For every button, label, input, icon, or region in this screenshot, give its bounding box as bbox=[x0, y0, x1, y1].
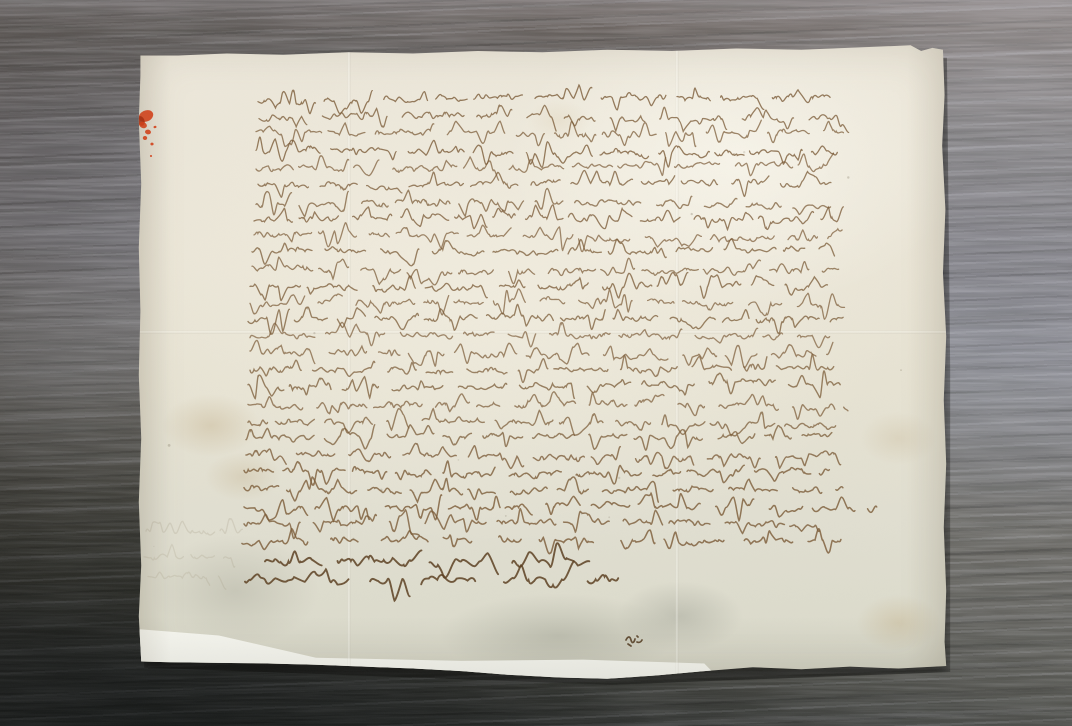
handwriting-line bbox=[250, 273, 827, 301]
handwriting-line bbox=[244, 493, 877, 521]
handwriting-line bbox=[248, 392, 848, 419]
manuscript-paper bbox=[138, 44, 947, 680]
foxing-speck bbox=[458, 459, 460, 461]
handwriting-line bbox=[244, 461, 829, 485]
foxing-speck bbox=[353, 538, 355, 540]
bottom-ink-mark bbox=[626, 636, 642, 646]
red-ink-stain bbox=[150, 155, 152, 157]
red-ink-stain bbox=[153, 125, 156, 128]
foxing-speck bbox=[743, 151, 745, 153]
handwriting-line bbox=[254, 223, 842, 252]
foxing-speck bbox=[618, 477, 620, 479]
handwriting-line bbox=[242, 529, 841, 554]
handwriting-line bbox=[256, 137, 837, 167]
foxing-speck bbox=[900, 369, 901, 370]
handwriting-line bbox=[254, 205, 843, 230]
handwriting-line bbox=[258, 85, 830, 114]
handwriting-line bbox=[258, 171, 831, 198]
handwriting-line bbox=[144, 545, 235, 568]
foxing-speck bbox=[691, 213, 693, 215]
handwriting-line bbox=[250, 322, 830, 347]
handwritten-text bbox=[138, 44, 947, 680]
foxing-speck bbox=[313, 332, 315, 334]
handwriting-line bbox=[256, 188, 831, 216]
foxing-speck bbox=[608, 516, 610, 518]
handwriting-line bbox=[252, 257, 839, 285]
red-ink-stain bbox=[143, 136, 147, 140]
red-ink-stain bbox=[150, 142, 153, 145]
foxing-speck bbox=[168, 444, 171, 447]
red-ink-stain bbox=[145, 129, 152, 135]
handwriting-line bbox=[246, 443, 841, 468]
handwriting-line bbox=[256, 120, 843, 146]
handwriting-line bbox=[148, 572, 226, 589]
foxing-speck bbox=[847, 176, 849, 178]
foxing-speck bbox=[581, 513, 583, 515]
handwriting-line bbox=[250, 354, 834, 382]
photograph bbox=[0, 0, 1072, 726]
foxing-speck bbox=[381, 206, 383, 208]
foxing-speck bbox=[413, 492, 414, 493]
handwriting-line bbox=[146, 519, 242, 535]
foxing-speck bbox=[380, 489, 382, 491]
handwriting-line bbox=[245, 561, 618, 601]
handwriting-line bbox=[248, 409, 836, 436]
foxing-speck bbox=[505, 515, 507, 517]
foxing-speck bbox=[153, 546, 154, 547]
